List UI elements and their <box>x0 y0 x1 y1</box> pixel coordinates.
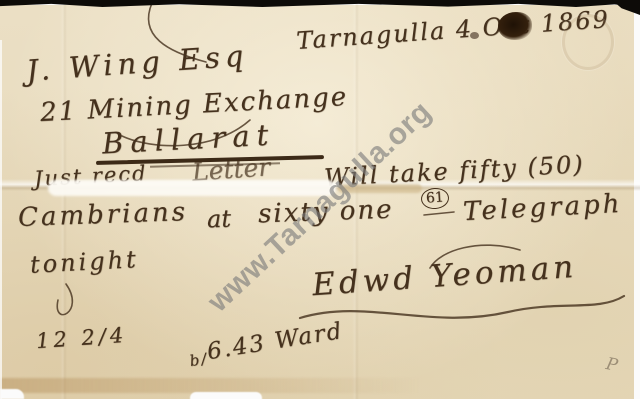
paper-edge-nick-bottom-left <box>0 389 24 399</box>
ink-blot <box>498 12 532 40</box>
paper-edge-highlight-left <box>0 40 2 399</box>
body-line3: tonight <box>29 245 139 279</box>
ink-speck <box>470 32 479 39</box>
scanned-letter: Tarnagulla 4 Oct 1869 J. Wing Esq 21 Min… <box>0 0 640 399</box>
paper-edge-nick-bottom-center <box>190 392 262 399</box>
body-line2-word2: at <box>207 205 232 234</box>
bottom-fold-stain <box>0 378 420 393</box>
body-line2-word1: Cambrians <box>18 197 189 233</box>
embossed-stamp-circle <box>562 14 614 70</box>
crease-whiteout <box>48 180 336 196</box>
